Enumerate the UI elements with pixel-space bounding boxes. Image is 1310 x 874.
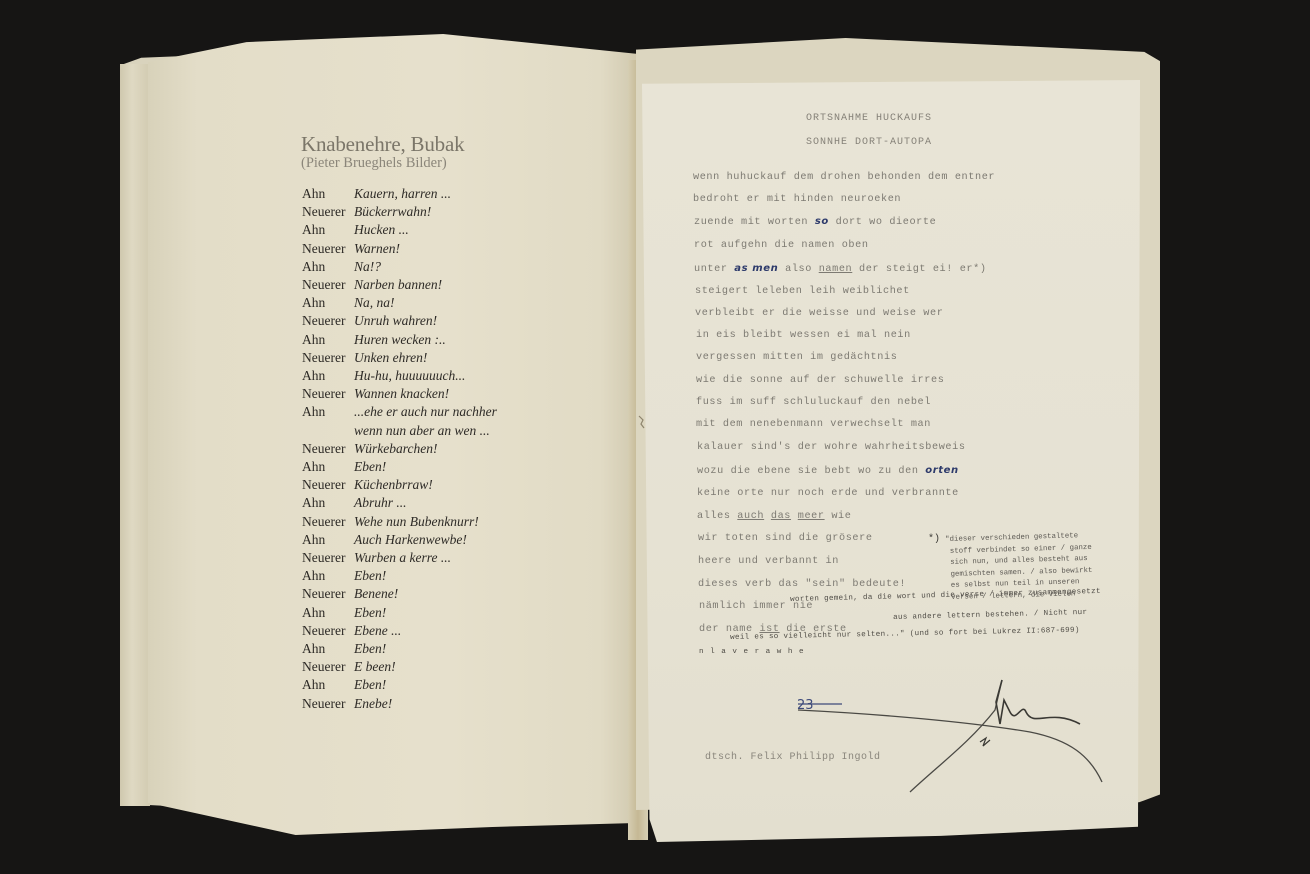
speaker: Neuerer bbox=[302, 203, 354, 221]
type-line: wenn huhuckauf dem drohen behonden dem e… bbox=[693, 172, 995, 183]
handwritten-correction: so bbox=[815, 216, 829, 227]
type-text: also bbox=[785, 264, 812, 275]
type-line: n l a v e r a w h e bbox=[699, 648, 805, 656]
type-text: wie bbox=[831, 511, 851, 522]
speaker: Neuerer bbox=[302, 585, 354, 603]
signature-icon bbox=[790, 672, 1110, 802]
type-line: mit dem nenebenmann verwechselt man bbox=[696, 419, 931, 430]
speaker: Ahn bbox=[302, 185, 354, 203]
type-text: unter bbox=[694, 264, 728, 275]
speech: Wehe nun Bubenknurr! bbox=[354, 513, 479, 531]
dialogue-line: AhnHuren wecken :.. bbox=[302, 331, 602, 349]
speech: Unken ehren! bbox=[354, 349, 427, 367]
speaker bbox=[302, 422, 354, 440]
dialogue-line: NeuererBückerrwahn! bbox=[302, 203, 602, 221]
speech: Eben! bbox=[354, 458, 386, 476]
type-text: wir toten sind die bbox=[698, 533, 819, 544]
type-line: vergessen mitten im gedächtnis bbox=[696, 352, 897, 363]
dialogue-line: NeuererWurben a kerre ... bbox=[302, 549, 602, 567]
type-line: wir toten sind die grösere bbox=[698, 533, 873, 544]
dialogue-line: AhnEben! bbox=[302, 604, 602, 622]
dialogue-line: NeuererE been! bbox=[302, 658, 602, 676]
dialogue-line: AhnNa!? bbox=[302, 258, 602, 276]
type-text: der steigt ei! er*) bbox=[859, 264, 987, 275]
dialogue-line: AhnKauern, harren ... bbox=[302, 185, 602, 203]
speaker: Neuerer bbox=[302, 695, 354, 713]
type-text: mit dem nenebenmann verwechselt bbox=[696, 419, 904, 430]
speech: Unruh wahren! bbox=[354, 312, 437, 330]
speaker: Neuerer bbox=[302, 658, 354, 676]
dialogue-line: NeuererKüchenbrraw! bbox=[302, 476, 602, 494]
speech: Enebe! bbox=[354, 695, 392, 713]
dialogue-line: NeuererUnken ehren! bbox=[302, 349, 602, 367]
underlined-word: das bbox=[771, 511, 791, 522]
dialogue-line: wenn nun aber an wen ... bbox=[302, 422, 602, 440]
underlined-word: auch bbox=[737, 511, 764, 522]
speech: Huren wecken :.. bbox=[354, 331, 446, 349]
speech: wenn nun aber an wen ... bbox=[354, 422, 490, 440]
dialogue-line: AhnEben! bbox=[302, 676, 602, 694]
dialogue-line: NeuererBenene! bbox=[302, 585, 602, 603]
dialogue-line: NeuererWürkebarchen! bbox=[302, 440, 602, 458]
translator-credit: dtsch. Felix Philipp Ingold bbox=[705, 752, 881, 763]
speech: Eben! bbox=[354, 640, 386, 658]
typed-correction: oben bbox=[842, 240, 869, 251]
speech: Bückerrwahn! bbox=[354, 203, 431, 221]
type-text: dort wo die bbox=[836, 217, 910, 228]
speech: Na!? bbox=[354, 258, 381, 276]
type-text: wie die sonne auf der schuwelle bbox=[696, 375, 904, 386]
dialogue-line: NeuererEbene ... bbox=[302, 622, 602, 640]
type-line: zuende mit worten so dort wo dieorte bbox=[694, 216, 936, 228]
typed-correction: grösere bbox=[826, 533, 873, 544]
speech: E been! bbox=[354, 658, 396, 676]
dialogue-line: Ahn...ehe er auch nur nachher bbox=[302, 403, 602, 421]
dialogue-line: NeuererUnruh wahren! bbox=[302, 312, 602, 330]
type-line: verbleibt er die weisse und weise wer bbox=[695, 308, 943, 319]
book-spread: Knabenehre, Bubak (Pieter Brueghels Bild… bbox=[0, 0, 1310, 874]
type-text: alles bbox=[697, 511, 731, 522]
handwritten-correction: as men bbox=[734, 263, 778, 274]
speech: Abruhr ... bbox=[354, 494, 407, 512]
speaker: Ahn bbox=[302, 258, 354, 276]
typed-correction: man bbox=[911, 419, 931, 430]
speech: ...ehe er auch nur nachher bbox=[354, 403, 497, 421]
typescript-subtitle: SONNHE DORT-AUTOPA bbox=[806, 137, 932, 148]
speech: Hucken ... bbox=[354, 221, 409, 239]
speaker: Ahn bbox=[302, 676, 354, 694]
speech: Wannen knacken! bbox=[354, 385, 449, 403]
speech: Warnen! bbox=[354, 240, 400, 258]
underlined-word: namen bbox=[819, 264, 853, 275]
speaker: Neuerer bbox=[302, 385, 354, 403]
dialogue-line: AhnHucken ... bbox=[302, 221, 602, 239]
speaker: Ahn bbox=[302, 640, 354, 658]
speaker: Neuerer bbox=[302, 312, 354, 330]
dialogue-line: AhnEben! bbox=[302, 458, 602, 476]
type-line: unter as men also namen der steigt ei! e… bbox=[694, 263, 987, 275]
speech: Eben! bbox=[354, 604, 386, 622]
type-line: heere und verbannt in bbox=[698, 556, 839, 567]
type-line: wie die sonne auf der schuwelle irres bbox=[696, 375, 944, 386]
poem-subtitle: (Pieter Brueghels Bilder) bbox=[301, 155, 447, 172]
speaker: Neuerer bbox=[302, 549, 354, 567]
dialogue-line: AhnEben! bbox=[302, 640, 602, 658]
poem-title: Knabenehre, Bubak bbox=[301, 132, 464, 157]
typed-correction: nebel bbox=[897, 397, 931, 408]
type-line: steigert leleben leih weiblichet bbox=[695, 286, 910, 297]
typed-correction: weiblichet bbox=[843, 286, 910, 297]
typed-correction: verbrannte bbox=[892, 488, 959, 499]
speaker: Ahn bbox=[302, 494, 354, 512]
type-text: zuende mit worten bbox=[694, 217, 808, 228]
speaker: Ahn bbox=[302, 403, 354, 421]
speech: Eben! bbox=[354, 676, 386, 694]
speaker: Neuerer bbox=[302, 622, 354, 640]
dialogue-line: NeuererWannen knacken! bbox=[302, 385, 602, 403]
type-text: fuss im suff schluluckauf den bbox=[696, 397, 891, 408]
paper-tear-mark bbox=[637, 415, 647, 429]
speech: Kauern, harren ... bbox=[354, 185, 451, 203]
dialogue-line: NeuererWarnen! bbox=[302, 240, 602, 258]
dialogue-line: NeuererEnebe! bbox=[302, 695, 602, 713]
speaker: Ahn bbox=[302, 367, 354, 385]
handwritten-correction: orten bbox=[925, 465, 958, 476]
type-text: bedroht er mit hinden bbox=[693, 194, 834, 205]
typed-correction: neuroeken bbox=[841, 194, 901, 205]
speaker: Ahn bbox=[302, 331, 354, 349]
dialogue-line: AhnAuch Harkenwewbe! bbox=[302, 531, 602, 549]
type-text: rot aufgehn die namen bbox=[694, 240, 835, 251]
type-line: in eis bleibt wessen ei mal nein bbox=[696, 330, 911, 341]
dialogue-line: AhnEben! bbox=[302, 567, 602, 585]
dialogue-line: NeuererWehe nun Bubenknurr! bbox=[302, 513, 602, 531]
typed-correction: irres bbox=[911, 375, 945, 386]
speaker: Ahn bbox=[302, 604, 354, 622]
type-line: alles auch das meer wie bbox=[697, 511, 851, 522]
typescript-title: ORTSNAHME HUCKAUFS bbox=[806, 113, 932, 124]
underlined-word: meer bbox=[798, 511, 825, 522]
type-text: kalauer sind's der wohre bbox=[697, 442, 858, 453]
type-line: bedroht er mit hinden neuroeken bbox=[693, 194, 901, 205]
speaker: Neuerer bbox=[302, 240, 354, 258]
speech: Eben! bbox=[354, 567, 386, 585]
type-text: verbleibt er die weisse und weise bbox=[695, 308, 917, 319]
typed-correction: bedeute! bbox=[852, 579, 906, 590]
typed-correction: wahrheitsbeweis bbox=[865, 442, 966, 453]
speech: Hu-hu, huuuuuuch... bbox=[354, 367, 465, 385]
type-text: keine orte nur noch erde und bbox=[697, 488, 885, 499]
type-line: dieses verb das "sein" bedeute! bbox=[698, 579, 906, 590]
speaker: Ahn bbox=[302, 221, 354, 239]
speaker: Neuerer bbox=[302, 276, 354, 294]
speaker: Neuerer bbox=[302, 349, 354, 367]
speech: Benene! bbox=[354, 585, 398, 603]
type-line: keine orte nur noch erde und verbrannte bbox=[697, 488, 959, 499]
typed-correction: orte bbox=[909, 217, 936, 228]
speaker: Neuerer bbox=[302, 476, 354, 494]
speech: Würkebarchen! bbox=[354, 440, 437, 458]
speaker: Neuerer bbox=[302, 513, 354, 531]
footnote-mark: *) bbox=[928, 534, 940, 545]
dialogue: AhnKauern, harren ... NeuererBückerrwahn… bbox=[302, 185, 602, 713]
type-line: kalauer sind's der wohre wahrheitsbeweis bbox=[697, 442, 966, 453]
speech: Narben bannen! bbox=[354, 276, 442, 294]
type-line: rot aufgehn die namen oben bbox=[694, 240, 869, 251]
left-page-edges bbox=[120, 64, 150, 806]
speech: Wurben a kerre ... bbox=[354, 549, 451, 567]
type-text: wozu die ebene sie bebt wo zu den bbox=[697, 466, 919, 477]
dialogue-line: AhnNa, na! bbox=[302, 294, 602, 312]
speech: Na, na! bbox=[354, 294, 395, 312]
speaker: Neuerer bbox=[302, 440, 354, 458]
type-text: wenn huhuckauf dem drohen behonden dem bbox=[693, 172, 948, 183]
typed-correction: wer bbox=[923, 308, 943, 319]
speaker: Ahn bbox=[302, 294, 354, 312]
type-line: fuss im suff schluluckauf den nebel bbox=[696, 397, 931, 408]
speech: Ebene ... bbox=[354, 622, 401, 640]
dialogue-line: AhnAbruhr ... bbox=[302, 494, 602, 512]
type-line: wozu die ebene sie bebt wo zu den orten bbox=[697, 465, 959, 477]
typed-correction: entner bbox=[955, 172, 995, 183]
speaker: Ahn bbox=[302, 458, 354, 476]
speaker: Ahn bbox=[302, 567, 354, 585]
dialogue-line: NeuererNarben bannen! bbox=[302, 276, 602, 294]
speech: Küchenbrraw! bbox=[354, 476, 433, 494]
dialogue-line: AhnHu-hu, huuuuuuch... bbox=[302, 367, 602, 385]
speaker: Ahn bbox=[302, 531, 354, 549]
type-text: steigert leleben leih bbox=[695, 286, 836, 297]
type-text: dieses verb das "sein" bbox=[698, 579, 846, 590]
footnote-text: "dieser verschieden gestaltete stoff ver… bbox=[945, 531, 1093, 605]
speech: Auch Harkenwewbe! bbox=[354, 531, 467, 549]
